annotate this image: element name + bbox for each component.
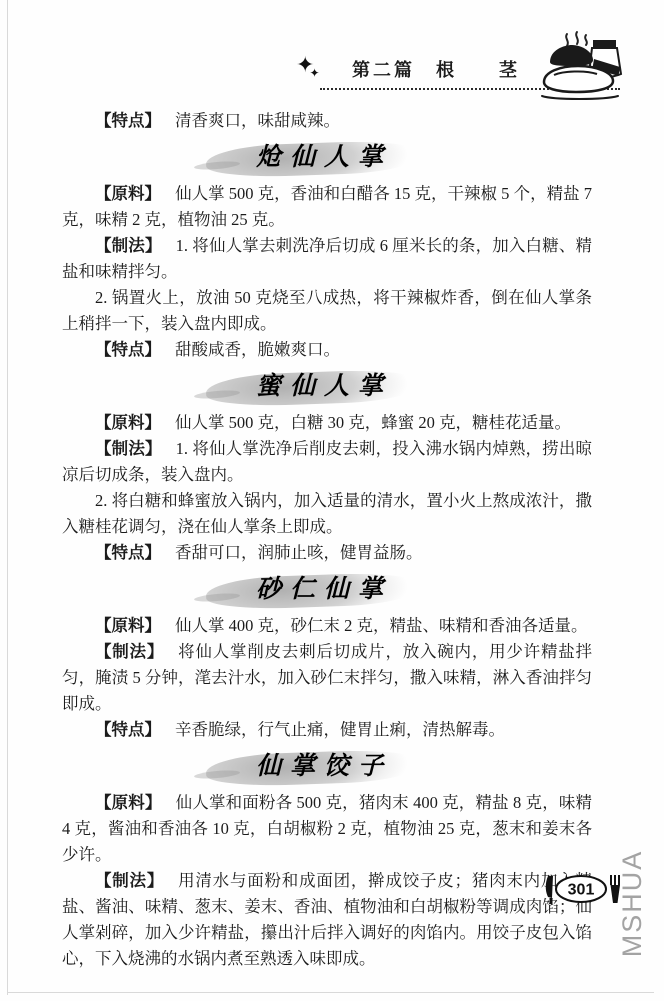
method-paragraph: 【制法】用清水与面粉和成面团，擀成饺子皮；猪肉末内加入精盐、酱油、味精、葱末、姜… <box>62 868 592 972</box>
method-paragraph: 【制法】将仙人掌削皮去刺后切成片，放入碗内，用少许精盐拌匀，腌渍 5 分钟，滗去… <box>62 639 592 717</box>
feature-label: 【特点】 <box>95 341 161 359</box>
recipe-title-wrap: 仙掌饺子 <box>62 749 592 785</box>
knife-icon <box>546 876 553 904</box>
recipe-title-wrap: 砂仁仙掌 <box>62 572 592 608</box>
steam-icon <box>566 32 587 46</box>
chapter-title: 第二篇 根 茎 <box>352 56 520 82</box>
dish-icon <box>542 66 618 99</box>
page-number-badge: 301 <box>536 868 628 910</box>
method-label: 【制法】 <box>95 643 164 661</box>
ingredients-paragraph: 【原料】仙人掌 400 克，砂仁末 2 克，精盐、味精和香油各适量。 <box>62 613 592 639</box>
feature-text: 香甜可口，润肺止咳，健胃益肠。 <box>175 543 423 562</box>
chapter-header: ✦✦ 第二篇 根 茎 <box>0 0 664 108</box>
feature-paragraph: 【特点】辛香脆绿，行气止痛，健胃止痢，清热解毒。 <box>62 717 592 743</box>
feature-label: 【特点】 <box>95 544 161 562</box>
method-paragraph: 【制法】1. 将仙人掌去刺洗净后切成 6 厘米长的条，加入白糖、精盐和味精拌匀。 <box>62 233 592 285</box>
recipe-title: 仙掌饺子 <box>246 749 408 785</box>
watermark: MSHUA <box>617 831 648 976</box>
feature-paragraph: 【特点】甜酸咸香，脆嫩爽口。 <box>62 337 592 363</box>
feature-label: 【特点】 <box>95 721 161 739</box>
method-step-text: 2. 锅置火上，放油 50 克烧至八成热，将干辣椒炸香，倒在仙人掌条上稍拌一下，… <box>62 288 592 333</box>
ingredients-label: 【原料】 <box>95 414 161 432</box>
ingredients-text: 仙人掌 400 克，砂仁末 2 克，精盐、味精和香油各适量。 <box>175 616 588 635</box>
mushroom-cap-icon <box>550 45 593 66</box>
recipe-title: 蜜仙人掌 <box>246 369 408 405</box>
page-content: 【特点】清香爽口，味甜咸辣。 炝仙人掌 【原料】仙人掌 500 克，香油和白醋各… <box>62 108 592 972</box>
page-number: 301 <box>568 882 595 899</box>
sparkle-icon: ✦✦ <box>296 54 325 76</box>
method-paragraph: 2. 将白糖和蜂蜜放入锅内，加入适量的清水，置小火上熬成浓汁，撒入糖桂花调匀，浇… <box>62 488 592 540</box>
ingredients-paragraph: 【原料】仙人掌和面粉各 500 克，猪肉末 400 克，精盐 8 克，味精 4 … <box>62 790 592 868</box>
feature-paragraph: 【特点】香甜可口，润肺止咳，健胃益肠。 <box>62 540 592 566</box>
feature-text: 清香爽口，味甜咸辣。 <box>175 111 340 130</box>
method-paragraph: 【制法】1. 将仙人掌洗净后削皮去刺，投入沸水锅内焯熟，捞出晾凉后切成条，装入盘… <box>62 436 592 488</box>
recipe-title: 炝仙人掌 <box>246 140 408 176</box>
ingredients-text: 仙人掌 500 克，白糖 30 克，蜂蜜 20 克，糖桂花适量。 <box>175 413 571 432</box>
recipe-title-wrap: 炝仙人掌 <box>62 140 592 176</box>
method-paragraph: 2. 锅置火上，放油 50 克烧至八成热，将干辣椒炸香，倒在仙人掌条上稍拌一下，… <box>62 285 592 337</box>
feature-text: 甜酸咸香，脆嫩爽口。 <box>175 340 340 359</box>
method-step-text: 2. 将白糖和蜂蜜放入锅内，加入适量的清水，置小火上熬成浓汁，撒入糖桂花调匀，浇… <box>62 491 592 536</box>
ingredients-paragraph: 【原料】仙人掌 500 克，香油和白醋各 15 克，干辣椒 5 个，精盐 7 克… <box>62 181 592 233</box>
book-page: ✦✦ 第二篇 根 茎 【特点】清香爽口，味甜咸辣。 炝仙人掌 【原料】仙人掌 5… <box>0 0 664 1001</box>
method-label: 【制法】 <box>95 872 164 890</box>
feature-label: 【特点】 <box>95 112 161 130</box>
ingredients-label: 【原料】 <box>95 617 161 635</box>
recipe-title: 砂仁仙掌 <box>246 572 408 608</box>
method-label: 【制法】 <box>95 237 162 255</box>
ingredients-paragraph: 【原料】仙人掌 500 克，白糖 30 克，蜂蜜 20 克，糖桂花适量。 <box>62 410 592 436</box>
ingredients-label: 【原料】 <box>95 185 161 203</box>
food-illustration <box>536 28 630 102</box>
ingredients-label: 【原料】 <box>95 794 162 812</box>
method-label: 【制法】 <box>95 440 162 458</box>
feature-text: 辛香脆绿，行气止痛，健胃止痢，清热解毒。 <box>175 720 505 739</box>
recipe-title-wrap: 蜜仙人掌 <box>62 369 592 405</box>
feature-paragraph: 【特点】清香爽口，味甜咸辣。 <box>62 108 592 134</box>
